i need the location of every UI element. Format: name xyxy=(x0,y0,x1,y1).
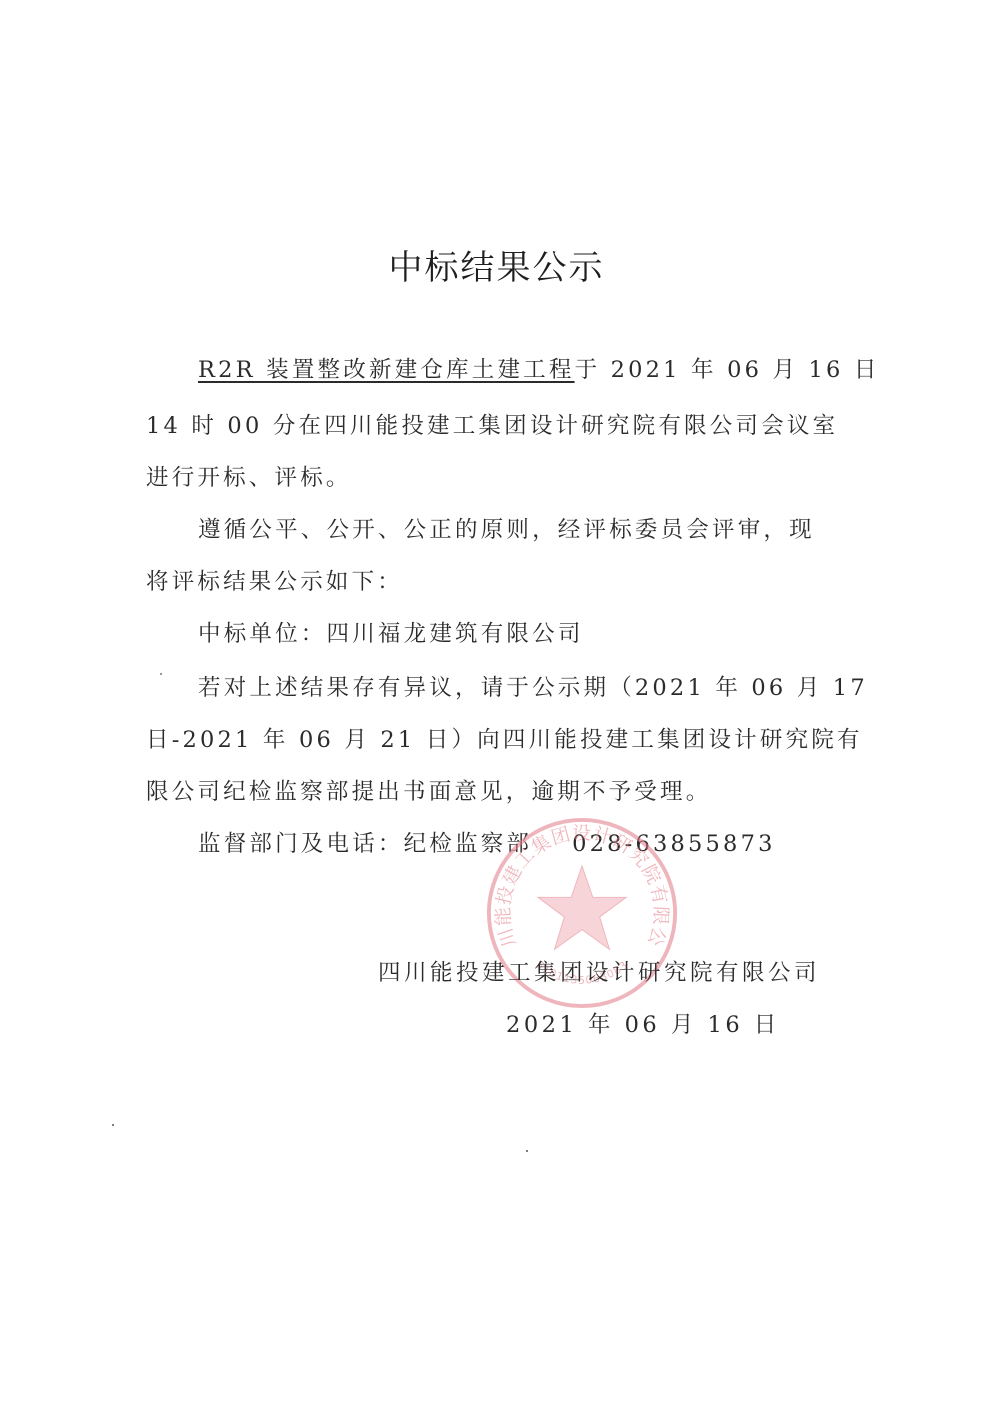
objection-line-2: 日-2021 年 06 月 21 日）向四川能投建工集团设计研究院有 xyxy=(146,722,863,754)
paragraph-2-line-2: 将评标结果公示如下： xyxy=(146,564,403,596)
supervision-label: 监督部门及电话： xyxy=(198,831,404,857)
signature-organization: 四川能投建工集团设计研究院有限公司 xyxy=(378,955,820,987)
winning-bidder: 中标单位：四川福龙建筑有限公司 xyxy=(198,616,584,648)
objection-line-1: 若对上述结果存有异议，请于公示期（2021 年 06 月 17 xyxy=(198,670,868,702)
winning-bidder-label: 中标单位： xyxy=(198,621,327,647)
supervision-department: 纪检监察部 xyxy=(404,831,533,857)
winning-bidder-value: 四川福龙建筑有限公司 xyxy=(327,621,584,647)
paragraph-2-line-1: 遵循公平、公开、公正的原则，经评标委员会评审，现 xyxy=(198,512,815,544)
signature-date: 2021 年 06 月 16 日 xyxy=(506,1007,780,1039)
paragraph-1-line-1: R2R 装置整改新建仓库土建工程于 2021 年 06 月 16 日 xyxy=(198,352,880,384)
document-page: 中标结果公示 R2R 装置整改新建仓库土建工程于 2021 年 06 月 16 … xyxy=(0,0,993,1404)
objection-line-3: 限公司纪检监察部提出书面意见，逾期不予受理。 xyxy=(146,774,711,806)
scan-speck xyxy=(526,1150,528,1152)
scan-speck xyxy=(112,1124,114,1126)
paragraph-1-line-2: 14 时 00 分在四川能投建工集团设计研究院有限公司会议室 xyxy=(146,408,838,440)
scan-speck xyxy=(160,673,162,675)
bid-opening-date: 于 2021 年 06 月 16 日 xyxy=(575,357,880,383)
supervision-contact: 监督部门及电话：纪检监察部028-63855873 xyxy=(198,826,776,858)
project-name: R2R 装置整改新建仓库土建工程 xyxy=(198,357,575,383)
supervision-phone: 028-63855873 xyxy=(572,831,775,857)
page-title: 中标结果公示 xyxy=(0,240,993,289)
paragraph-1-line-3: 进行开标、评标。 xyxy=(146,460,352,492)
